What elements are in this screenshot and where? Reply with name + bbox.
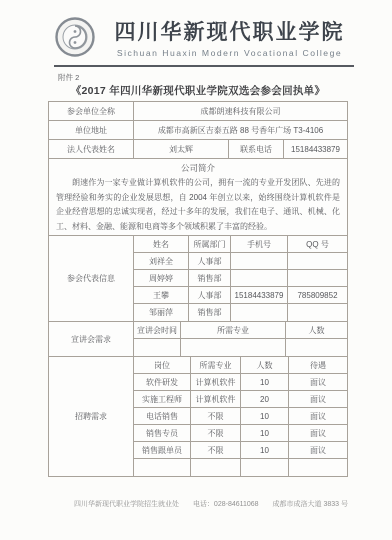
footer-office: 四川华新现代职业学院招生就业处 xyxy=(74,499,179,509)
delegate-phone xyxy=(231,304,288,321)
recruitment-salary: 面议 xyxy=(289,374,347,390)
recruitment-row: 销售专员 不限 10 面议 xyxy=(134,425,347,442)
delegate-name: 王攀 xyxy=(134,287,189,303)
delegate-qq: 785809852 xyxy=(288,287,347,303)
recruitment-empty-row xyxy=(134,459,347,476)
footer-phone: 电话：028-84611068 xyxy=(193,499,259,509)
recruitment-subtable: 岗位 所需专业 人数 待遇 软件研发 计算机软件 10 面议 实施工程师 计算机… xyxy=(134,357,347,476)
recruitment-salary: 面议 xyxy=(289,391,347,407)
recruitment-salary: 面议 xyxy=(289,442,347,458)
recruitment-row: 电话销售 不限 10 面议 xyxy=(134,408,347,425)
college-header: 四川华新现代职业学院 Sichuan Huaxin Modern Vocatio… xyxy=(54,16,354,67)
delegate-name: 周婷婷 xyxy=(134,270,189,286)
delegate-row: 刘祥全 人事部 xyxy=(134,253,347,270)
page-footer: 四川华新现代职业学院招生就业处 电话：028-84611068 成都市成洛大道 … xyxy=(74,499,348,509)
recruitment-major xyxy=(191,459,241,476)
delegates-header-phone: 手机号 xyxy=(231,236,288,252)
delegates-section: 参会代表信息 姓名 所属部门 手机号 QQ 号 刘祥全 人事部 周婷婷 销售部 xyxy=(49,236,347,322)
recruitment-position: 实施工程师 xyxy=(134,391,191,407)
recruitment-major: 不限 xyxy=(191,442,241,458)
presentation-section: 宣讲会需求 宣讲会时间 所需专业 人数 xyxy=(49,322,347,357)
company-profile-text: 朗速作为一家专业做计算机软件的公司，拥有一流的专业开发团队、先进的管理经验和务实… xyxy=(56,176,340,234)
college-name-zh: 四川华新现代职业学院 xyxy=(105,16,354,46)
recruitment-position: 销售跟单员 xyxy=(134,442,191,458)
footer-address: 成都市成洛大道 3833 号 xyxy=(273,499,348,509)
delegate-phone: 15184433879 xyxy=(231,287,288,303)
recruitment-major: 计算机软件 xyxy=(191,374,241,390)
delegate-phone xyxy=(231,270,288,286)
recruitment-count: 20 xyxy=(241,391,289,407)
delegate-phone xyxy=(231,253,288,269)
recruitment-count: 10 xyxy=(241,374,289,390)
recruitment-label: 招聘需求 xyxy=(49,357,134,476)
presentation-header-count: 人数 xyxy=(286,322,347,338)
receipt-form-table: 参会单位全称 成都朗速科技有限公司 单位地址 成都市高新区吉泰五路 88 号香年… xyxy=(48,101,348,477)
recruitment-header-count: 人数 xyxy=(241,357,289,373)
recruitment-position xyxy=(134,459,191,476)
recruitment-major: 不限 xyxy=(191,408,241,424)
page-title: 《2017 年四川华新现代职业学院双选会参会回执单》 xyxy=(48,83,348,98)
delegates-header-name: 姓名 xyxy=(134,236,189,252)
presentation-time xyxy=(134,339,181,356)
company-profile-section: 公司简介 朗速作为一家专业做计算机软件的公司，拥有一流的专业开发团队、先进的管理… xyxy=(49,159,347,236)
delegate-row: 邹丽萍 销售部 xyxy=(134,304,347,321)
presentation-header-row: 宣讲会时间 所需专业 人数 xyxy=(134,322,347,339)
recruitment-header-salary: 待遇 xyxy=(289,357,347,373)
recruitment-count: 10 xyxy=(241,442,289,458)
recruitment-row: 实施工程师 计算机软件 20 面议 xyxy=(134,391,347,408)
recruitment-count: 10 xyxy=(241,408,289,424)
recruitment-row: 软件研发 计算机软件 10 面议 xyxy=(134,374,347,391)
contact-phone-label: 联系电话 xyxy=(229,140,284,158)
delegates-header-dept: 所属部门 xyxy=(189,236,231,252)
college-seal-icon xyxy=(54,16,96,58)
recruitment-header-row: 岗位 所需专业 人数 待遇 xyxy=(134,357,347,374)
delegate-dept: 人事部 xyxy=(189,287,231,303)
recruitment-salary xyxy=(289,459,347,476)
row-company-name: 参会单位全称 成都朗速科技有限公司 xyxy=(49,102,347,121)
delegate-row: 周婷婷 销售部 xyxy=(134,270,347,287)
recruitment-position: 软件研发 xyxy=(134,374,191,390)
recruitment-section: 招聘需求 岗位 所需专业 人数 待遇 软件研发 计算机软件 10 面议 实施工程… xyxy=(49,357,347,476)
company-name-label: 参会单位全称 xyxy=(49,102,134,120)
company-address-label: 单位地址 xyxy=(49,121,134,139)
presentation-subtable: 宣讲会时间 所需专业 人数 xyxy=(134,322,347,356)
delegates-header-qq: QQ 号 xyxy=(288,236,347,252)
row-legal-rep: 法人代表姓名 刘太辉 联系电话 15184433879 xyxy=(49,140,347,159)
presentation-label: 宣讲会需求 xyxy=(49,322,134,356)
presentation-header-major: 所需专业 xyxy=(181,322,286,338)
recruitment-major: 计算机软件 xyxy=(191,391,241,407)
recruitment-header-major: 所需专业 xyxy=(191,357,241,373)
college-name-en: Sichuan Huaxin Modern Vocational College xyxy=(105,48,354,58)
recruitment-count xyxy=(241,459,289,476)
recruitment-position: 销售专员 xyxy=(134,425,191,441)
college-name-block: 四川华新现代职业学院 Sichuan Huaxin Modern Vocatio… xyxy=(105,16,354,58)
delegate-dept: 销售部 xyxy=(189,270,231,286)
delegate-dept: 销售部 xyxy=(189,304,231,321)
attachment-label: 附件 2 xyxy=(58,72,79,83)
legal-rep-value: 刘太辉 xyxy=(134,140,229,158)
company-name-value: 成都朗速科技有限公司 xyxy=(134,102,347,120)
delegate-qq xyxy=(288,270,347,286)
row-company-address: 单位地址 成都市高新区吉泰五路 88 号香年广场 T3-4106 xyxy=(49,121,347,140)
document-page: 四川华新现代职业学院 Sichuan Huaxin Modern Vocatio… xyxy=(0,0,392,540)
delegate-row: 王攀 人事部 15184433879 785809852 xyxy=(134,287,347,304)
recruitment-count: 10 xyxy=(241,425,289,441)
recruitment-header-position: 岗位 xyxy=(134,357,191,373)
contact-phone-value: 15184433879 xyxy=(284,140,347,158)
delegate-qq xyxy=(288,304,347,321)
delegate-qq xyxy=(288,253,347,269)
recruitment-salary: 面议 xyxy=(289,408,347,424)
company-profile-heading: 公司简介 xyxy=(56,162,340,174)
recruitment-salary: 面议 xyxy=(289,425,347,441)
recruitment-row: 销售跟单员 不限 10 面议 xyxy=(134,442,347,459)
delegates-header-row: 姓名 所属部门 手机号 QQ 号 xyxy=(134,236,347,253)
presentation-count xyxy=(286,339,347,356)
company-address-value: 成都市高新区吉泰五路 88 号香年广场 T3-4106 xyxy=(134,121,347,139)
delegates-subtable: 姓名 所属部门 手机号 QQ 号 刘祥全 人事部 周婷婷 销售部 xyxy=(134,236,347,321)
presentation-header-time: 宣讲会时间 xyxy=(134,322,181,338)
recruitment-position: 电话销售 xyxy=(134,408,191,424)
delegate-name: 刘祥全 xyxy=(134,253,189,269)
presentation-major xyxy=(181,339,286,356)
legal-rep-label: 法人代表姓名 xyxy=(49,140,134,158)
presentation-empty-row xyxy=(134,339,347,356)
delegate-dept: 人事部 xyxy=(189,253,231,269)
delegates-label: 参会代表信息 xyxy=(49,236,134,321)
delegate-name: 邹丽萍 xyxy=(134,304,189,321)
recruitment-major: 不限 xyxy=(191,425,241,441)
